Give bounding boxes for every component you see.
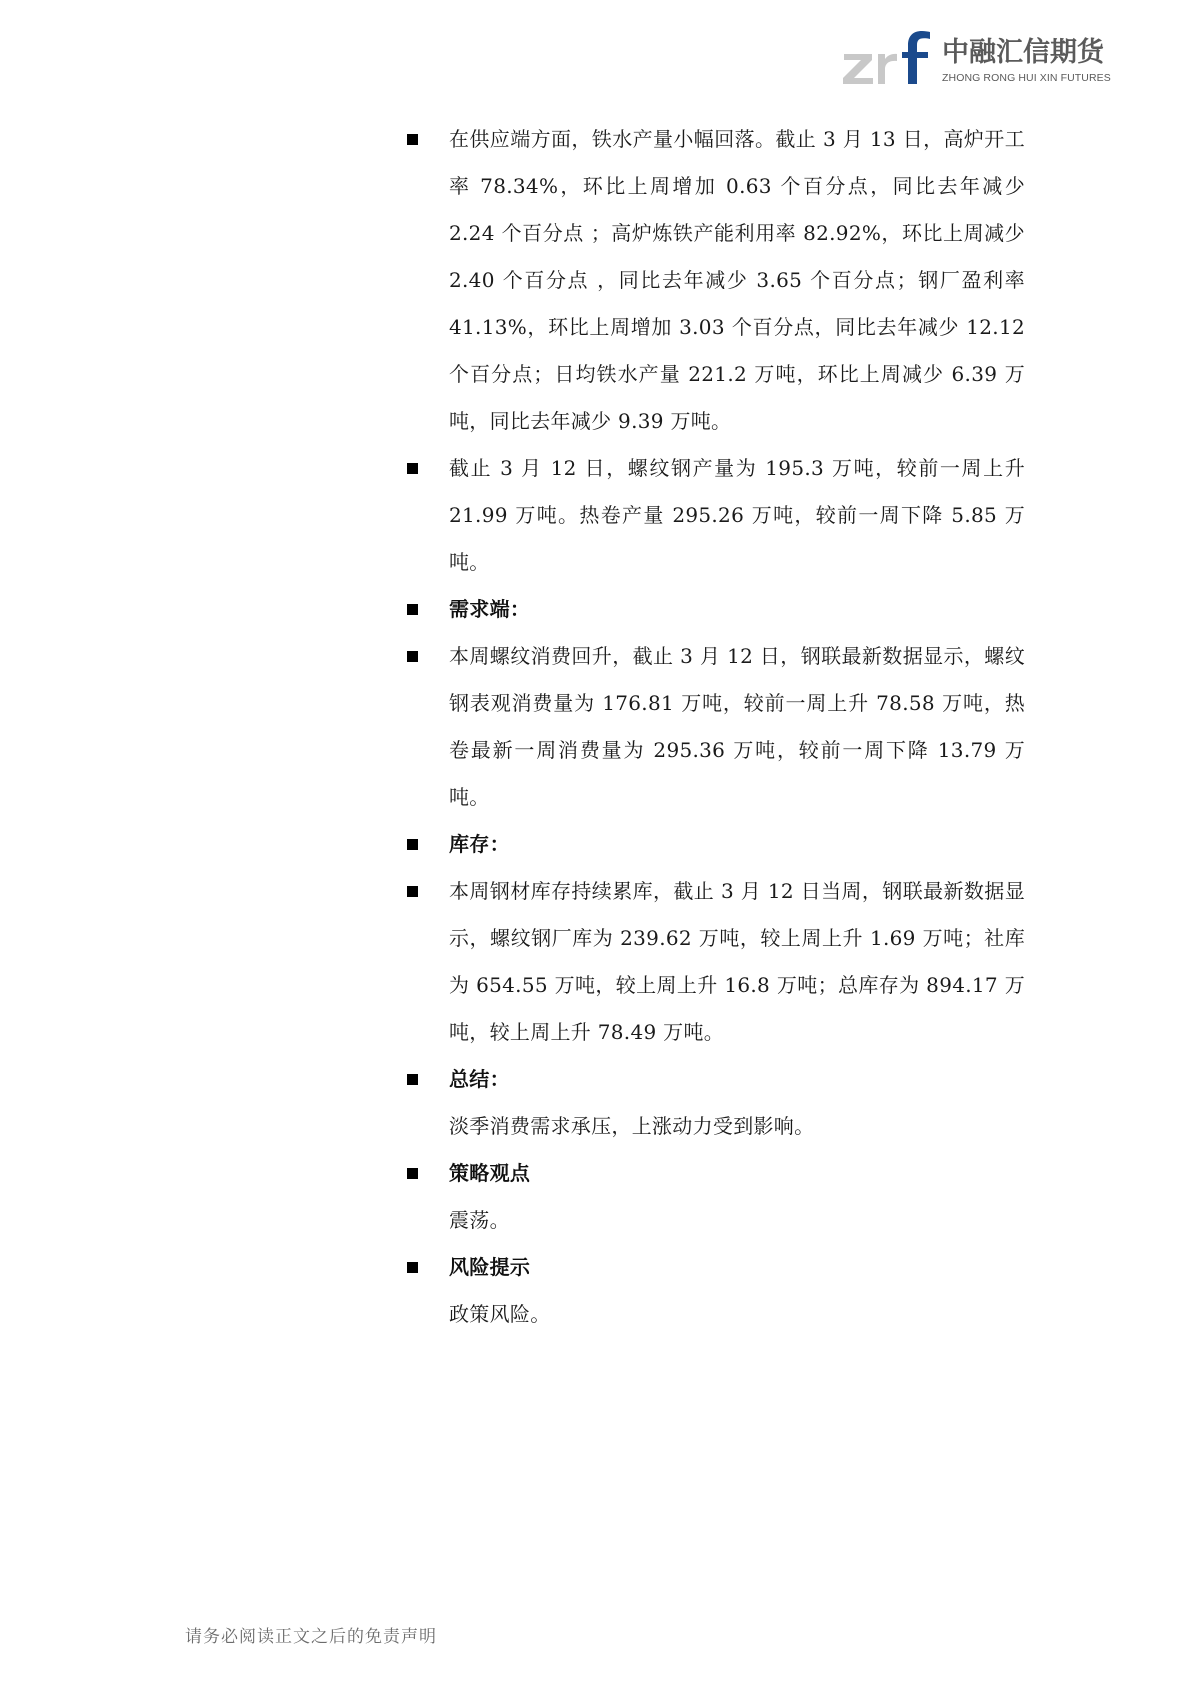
report-body: 在供应端方面，铁水产量小幅回落。截止 3 月 13 日，高炉开工率 78.34%… — [405, 116, 1025, 1338]
company-name-cn: 中融汇信期货 — [942, 38, 1104, 68]
demand-text: 本周螺纹消费回升，截止 3 月 12 日，钢联最新数据显示，螺纹钢表观消费量为 … — [449, 644, 1025, 809]
disclaimer-footer: 请务必阅读正文之后的免责声明 — [185, 1622, 437, 1647]
risk-text: 政策风险。 — [405, 1291, 1025, 1338]
heading-inventory: 库存： — [405, 821, 1025, 868]
risk-heading: 风险提示 — [449, 1255, 530, 1279]
square-bullet-icon — [407, 134, 418, 145]
heading-demand: 需求端： — [405, 586, 1025, 633]
demand-heading: 需求端： — [449, 597, 530, 621]
square-bullet-icon — [407, 604, 418, 615]
square-bullet-icon — [407, 463, 418, 474]
company-logo: 中融汇信期货 ZHONG RONG HUI XIN FUTURES — [842, 28, 1122, 90]
bullet-demand: 本周螺纹消费回升，截止 3 月 12 日，钢联最新数据显示，螺纹钢表观消费量为 … — [405, 633, 1025, 821]
heading-strategy: 策略观点 — [405, 1150, 1025, 1197]
inventory-text: 本周钢材库存持续累库，截止 3 月 12 日当周，钢联最新数据显示，螺纹钢厂库为… — [449, 879, 1025, 1044]
supply-text: 在供应端方面，铁水产量小幅回落。截止 3 月 13 日，高炉开工率 78.34%… — [449, 127, 1025, 433]
square-bullet-icon — [407, 651, 418, 662]
square-bullet-icon — [407, 1074, 418, 1085]
bullet-production: 截止 3 月 12 日，螺纹钢产量为 195.3 万吨，较前一周上升 21.99… — [405, 445, 1025, 586]
summary-text: 淡季消费需求承压，上涨动力受到影响。 — [405, 1103, 1025, 1150]
square-bullet-icon — [407, 1262, 418, 1273]
heading-risk: 风险提示 — [405, 1244, 1025, 1291]
strategy-heading: 策略观点 — [449, 1161, 530, 1185]
bullet-supply: 在供应端方面，铁水产量小幅回落。截止 3 月 13 日，高炉开工率 78.34%… — [405, 116, 1025, 445]
company-name-en: ZHONG RONG HUI XIN FUTURES — [942, 72, 1111, 84]
square-bullet-icon — [407, 839, 418, 850]
square-bullet-icon — [407, 1168, 418, 1179]
strategy-text: 震荡。 — [405, 1197, 1025, 1244]
bullet-inventory: 本周钢材库存持续累库，截止 3 月 12 日当周，钢联最新数据显示，螺纹钢厂库为… — [405, 868, 1025, 1056]
production-text: 截止 3 月 12 日，螺纹钢产量为 195.3 万吨，较前一周上升 21.99… — [449, 456, 1025, 574]
square-bullet-icon — [407, 886, 418, 897]
zrf-logo-mark-icon — [842, 28, 942, 88]
summary-heading: 总结： — [449, 1067, 510, 1091]
heading-summary: 总结： — [405, 1056, 1025, 1103]
inventory-heading: 库存： — [449, 832, 510, 856]
